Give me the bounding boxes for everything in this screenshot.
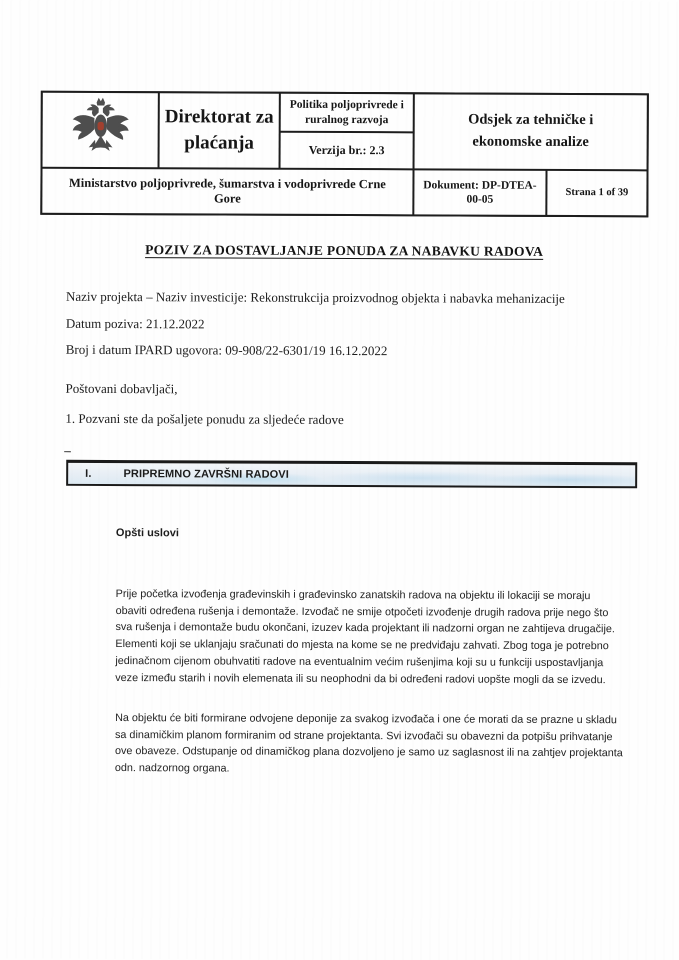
general-conditions-paragraph-1: Prije početka izvođenja građevinskih i g… (115, 586, 623, 689)
subsection-heading: Opšti uslovi (116, 527, 179, 539)
directorate-title: Direktorat za plaćanja (160, 93, 279, 168)
section-number: I. (85, 467, 91, 479)
general-conditions-paragraph-2: Na objektu će biti formirane odvojene de… (115, 710, 623, 779)
ministry-label: Ministarstvo poljoprivrede, šumarstva i … (42, 169, 412, 215)
page-number-label: Strana 1 of 39 (547, 171, 646, 215)
project-name-line: Naziv projekta – Naziv investicije: Reko… (66, 289, 565, 307)
stray-dash-mark: – (64, 443, 71, 459)
document-title-text: POZIV ZA DOSTAVLJANJE PONUDA ZA NABAVKU … (145, 242, 543, 259)
document-title: POZIV ZA DOSTAVLJANJE PONUDA ZA NABAVKU … (40, 242, 648, 261)
document-code-label: Dokument: DP-DTEA-00-05 (414, 170, 545, 215)
call-date-line: Datum poziva: 21.12.2022 (66, 316, 205, 333)
montenegro-eagle-icon (65, 95, 135, 165)
version-label: Verzija br.: 2.3 (281, 133, 413, 169)
document-content: Direktorat za plaćanja Politika poljopri… (0, 0, 679, 960)
salutation-line: Poštovani dobavljači, (66, 381, 178, 397)
coat-of-arms-cell (43, 93, 158, 168)
section-title: PRIPREMNO ZAVRŠNI RADOVI (123, 468, 288, 481)
scanned-document-page: Direktorat za plaćanja Politika poljopri… (0, 0, 679, 960)
policy-label: Politika poljoprivrede i ruralnog razvoj… (281, 94, 413, 132)
intro-item-line: 1. Pozvani ste da pošaljete ponudu za sl… (65, 411, 343, 428)
contract-number-line: Broj i datum IPARD ugovora: 09-908/22-63… (66, 342, 388, 359)
header-table: Direktorat za plaćanja Politika poljopri… (40, 91, 649, 218)
section-header-bar: I. PRIPREMNO ZAVRŠNI RADOVI (66, 460, 637, 488)
department-label: Odsjek za tehničke i ekonomske analize (415, 94, 647, 169)
